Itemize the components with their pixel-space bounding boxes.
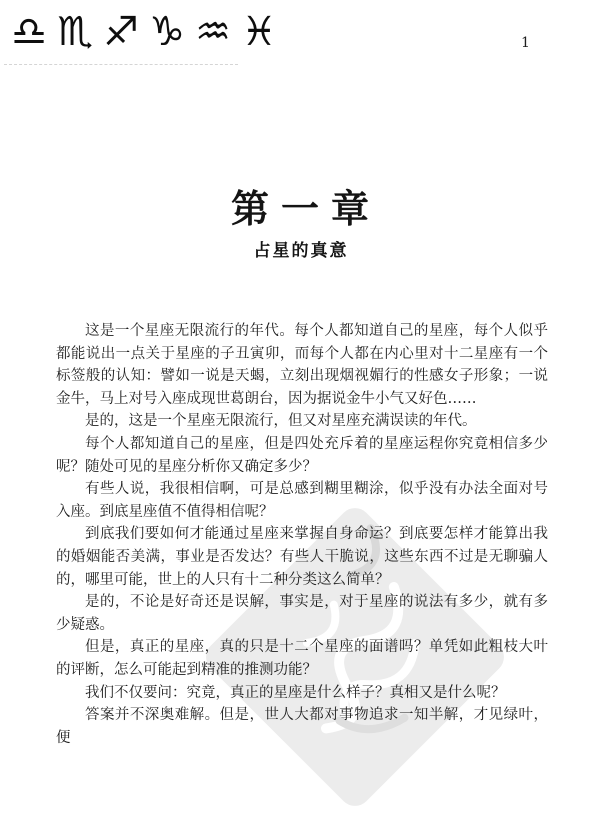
zodiac-icon-row: ♎ ♏ ♐ ♑ ♒ ♓: [8, 4, 280, 60]
capricorn-icon: ♑: [146, 4, 188, 60]
watermark-pdg-text: PDG: [257, 738, 343, 824]
paragraph: 到底我们要如何才能通过星座来掌握自身命运？到底要怎样才能算出我的婚姻能否美满，事…: [56, 523, 548, 591]
page-number: 1: [521, 35, 530, 51]
sagittarius-icon: ♐: [100, 4, 142, 60]
paragraph: 是的，不论是好奇还是误解，事实是，对于星座的说法有多少，就有多少疑惑。: [56, 591, 548, 636]
paragraph: 答案并不深奥难解。但是，世人大都对事物追求一知半解，才见绿叶，便: [56, 704, 548, 749]
chapter-subtitle: 占星的真意: [0, 236, 600, 261]
paragraph: 这是一个星座无限流行的年代。每个人都知道自己的星座，每个人似乎都能说出一点关于星…: [56, 320, 548, 410]
paragraph: 每个人都知道自己的星座，但是四处充斥着的星座运程你究竟相信多少呢？随处可见的星座…: [56, 433, 548, 478]
aquarius-icon: ♒: [192, 4, 234, 60]
scan-artifact-rule: [4, 64, 238, 65]
paragraph: 但是，真正的星座，真的只是十二个星座的面谱吗？单凭如此粗枝大叶的评断，怎么可能起…: [56, 636, 548, 681]
paragraph: 有些人说，我很相信啊，可是总感到糊里糊涂，似乎没有办法全面对号入座。到底星座值不…: [56, 478, 548, 523]
chapter-title: 第一章: [0, 178, 600, 233]
paragraph: 我们不仅要问：究竟，真正的星座是什么样子？真相又是什么呢？: [56, 682, 548, 705]
scorpio-icon: ♏: [54, 4, 96, 60]
libra-icon: ♎: [8, 4, 50, 60]
pisces-icon: ♓: [238, 4, 280, 60]
body-text: 这是一个星座无限流行的年代。每个人都知道自己的星座，每个人似乎都能说出一点关于星…: [56, 320, 548, 749]
scanned-book-page: PDG ♎ ♏ ♐ ♑ ♒ ♓ 1 第一章 占星的真意 这是一个星座无限流行的年…: [0, 0, 600, 838]
paragraph: 是的，这是一个星座无限流行，但又对星座充满误读的年代。: [56, 410, 548, 433]
